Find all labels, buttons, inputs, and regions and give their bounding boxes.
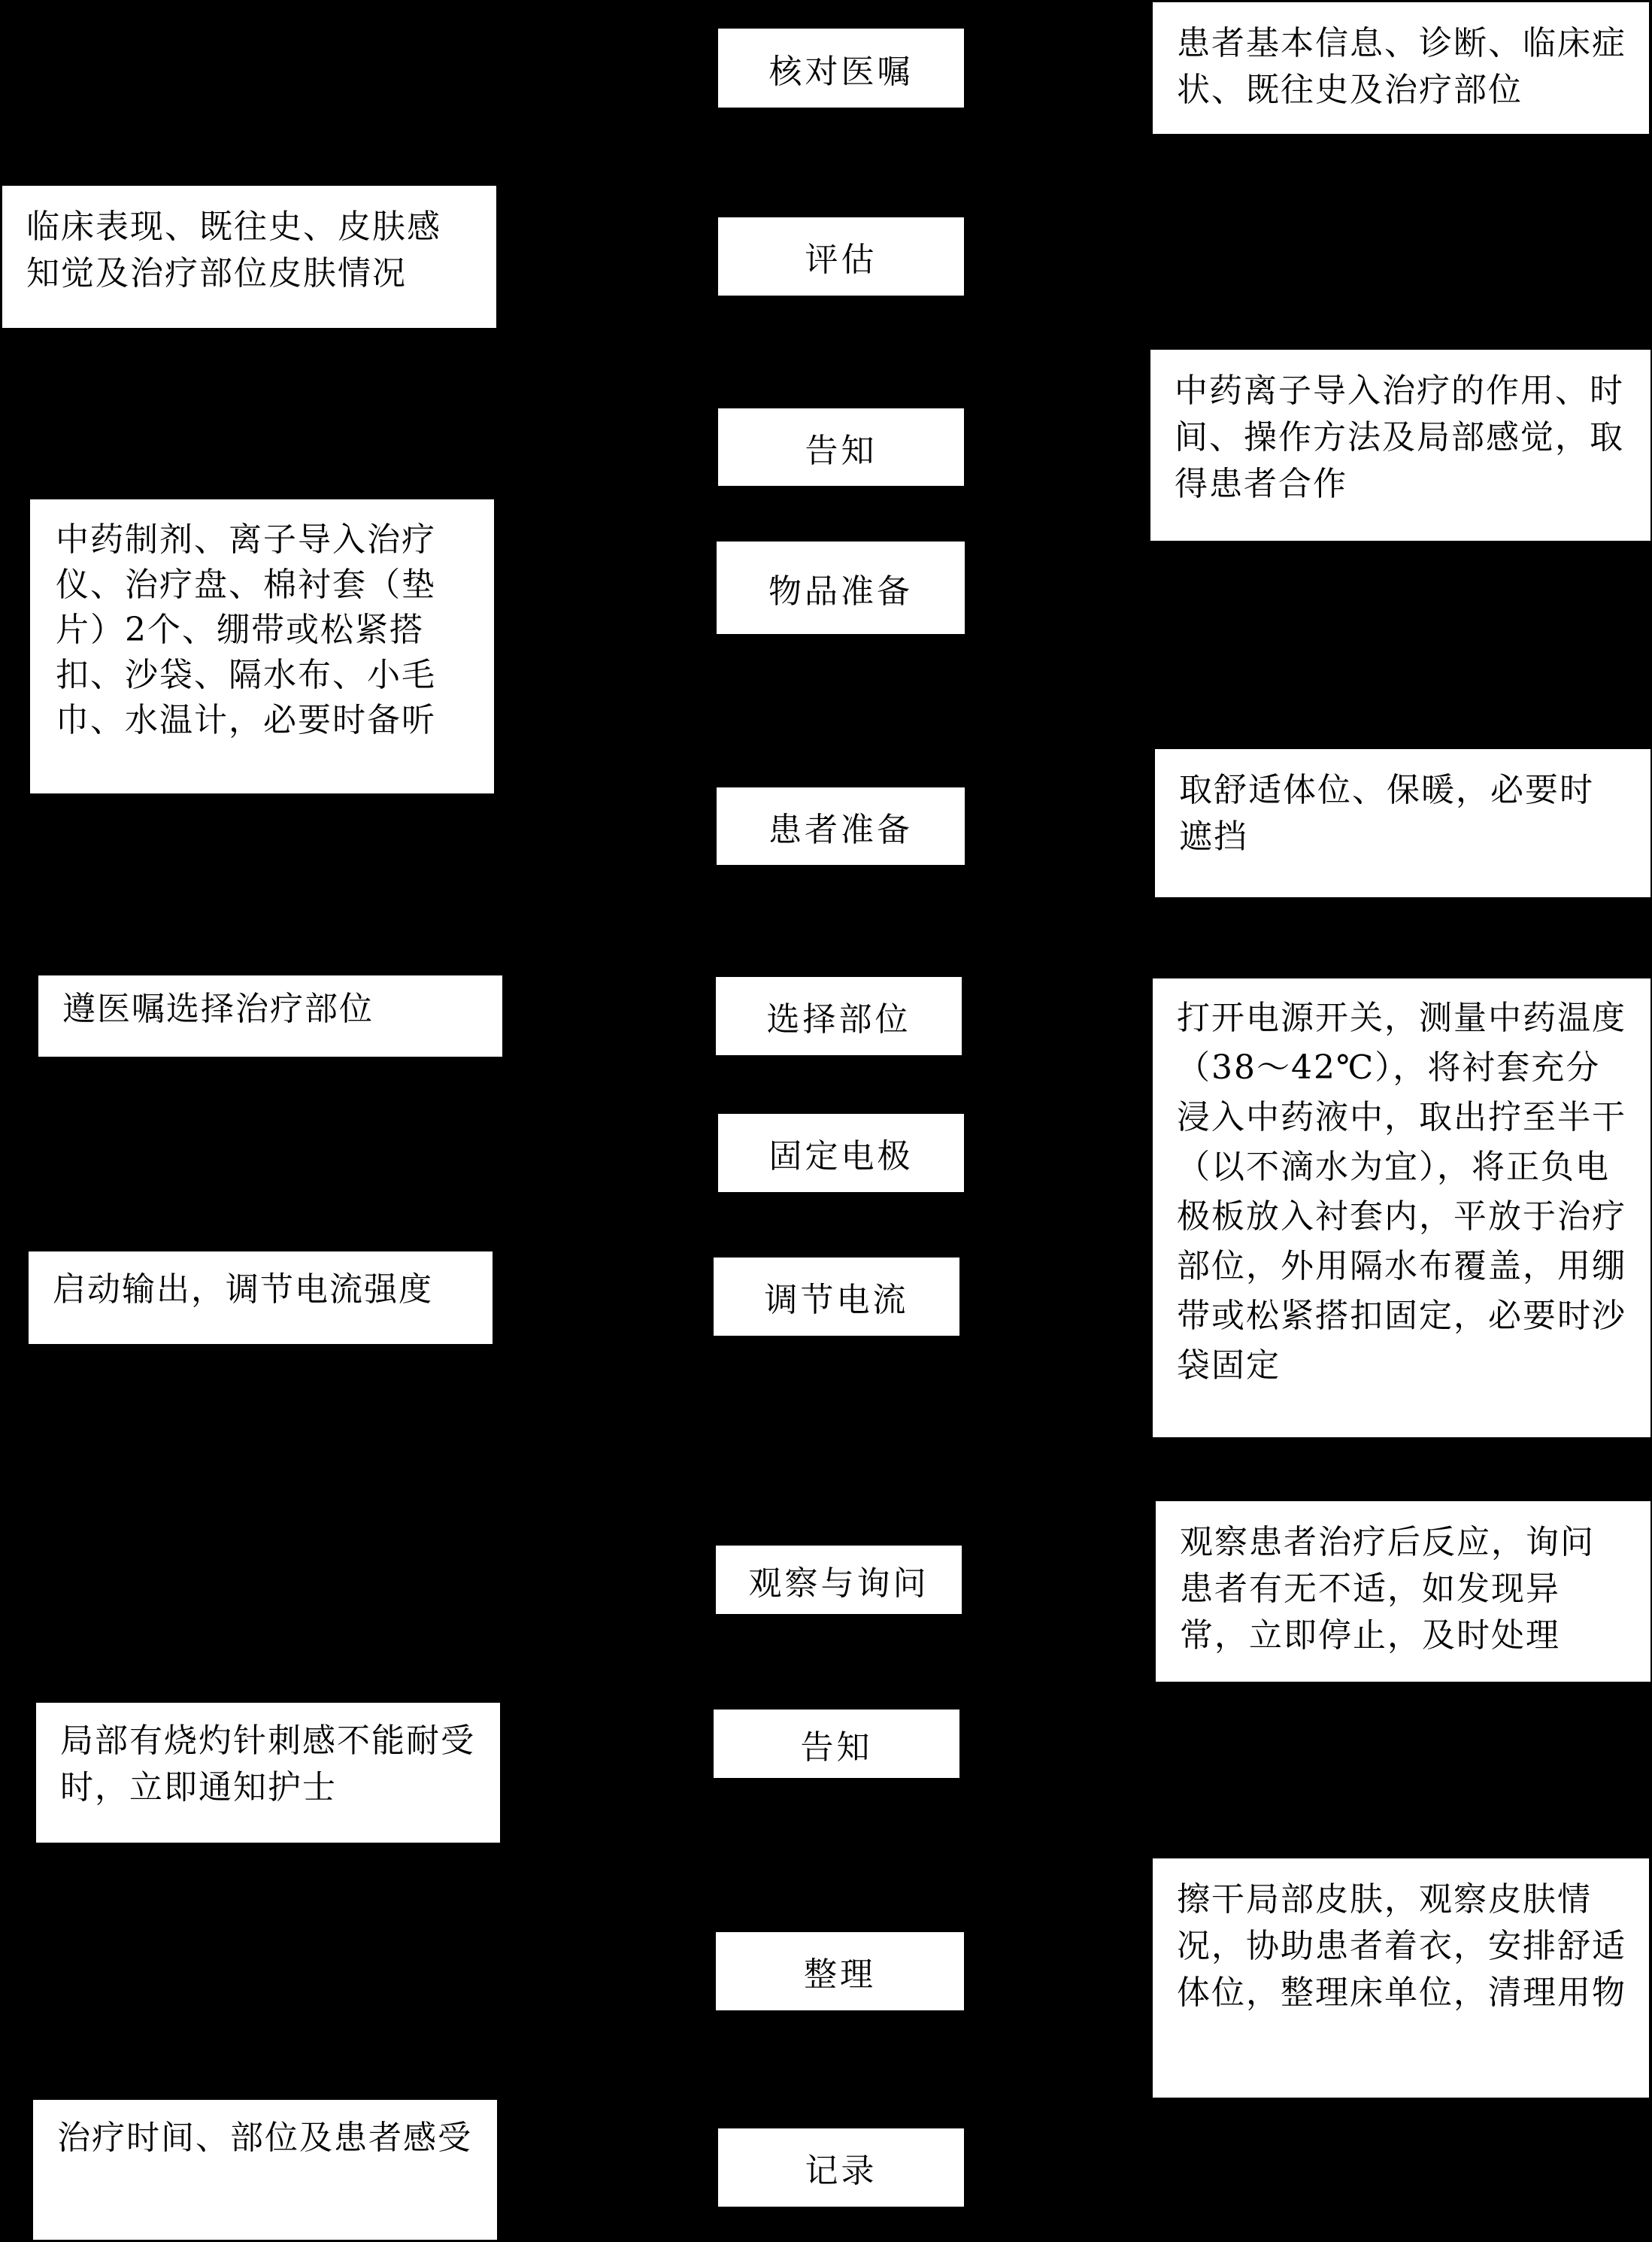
- step-tidy-up: 整理: [716, 1932, 964, 2010]
- note-inform-details: 中药离子导入治疗的作用、时间、操作方法及局部感觉，取得患者合作: [1150, 350, 1650, 541]
- step-label: 选择部位: [767, 992, 911, 1040]
- note-verify-order-details: 患者基本信息、诊断、临床症状、既往史及治疗部位: [1153, 2, 1649, 134]
- step-fix-electrode: 固定电极: [718, 1114, 964, 1192]
- step-label: 整理: [804, 1947, 876, 1995]
- step-label: 观察与询问: [749, 1556, 929, 1604]
- step-prepare-items: 物品准备: [717, 542, 965, 634]
- note-tidy-up-details: 擦干局部皮肤，观察皮肤情况，协助患者着衣，安排舒适体位，整理床单位，清理用物: [1153, 1858, 1649, 2098]
- note-adjust-current-details: 启动输出，调节电流强度: [29, 1251, 493, 1344]
- step-label: 调节电流: [765, 1273, 909, 1321]
- note-observe-details: 观察患者治疗后反应，询问患者有无不适，如发现异常，立即停止，及时处理: [1156, 1501, 1650, 1682]
- step-prepare-patient: 患者准备: [717, 787, 965, 865]
- note-fix-electrode-details: 打开电源开关，测量中药温度（38～42℃），将衬套充分浸入中药液中，取出拧至半干…: [1153, 978, 1650, 1437]
- step-label: 核对医嘱: [769, 44, 914, 93]
- step-inform: 告知: [718, 408, 964, 486]
- step-record: 记录: [718, 2128, 964, 2207]
- step-label: 记录: [805, 2143, 878, 2192]
- step-label: 评估: [805, 232, 878, 281]
- note-assess-details: 临床表现、既往史、皮肤感知觉及治疗部位皮肤情况: [2, 186, 496, 328]
- note-items-list: 中药制剂、离子导入治疗仪、治疗盘、棉衬套（垫片）2个、绷带或松紧搭扣、沙袋、隔水…: [30, 499, 494, 793]
- step-verify-order: 核对医嘱: [718, 29, 964, 108]
- note-inform-2-details: 局部有烧灼针刺感不能耐受时，立即通知护士: [36, 1703, 500, 1843]
- step-assess: 评估: [718, 217, 964, 296]
- step-adjust-current: 调节电流: [714, 1258, 959, 1336]
- step-label: 物品准备: [768, 564, 913, 612]
- step-inform-2: 告知: [714, 1710, 959, 1778]
- step-select-site: 选择部位: [716, 977, 962, 1055]
- note-record-details: 治疗时间、部位及患者感受: [33, 2100, 497, 2240]
- step-label: 告知: [805, 423, 878, 472]
- step-label: 告知: [801, 1720, 873, 1768]
- note-select-site-details: 遵医嘱选择治疗部位: [38, 975, 502, 1057]
- note-patient-prep-details: 取舒适体位、保暖，必要时遮挡: [1155, 749, 1650, 897]
- step-observe-inquire: 观察与询问: [716, 1546, 962, 1614]
- step-label: 患者准备: [768, 802, 913, 851]
- step-label: 固定电极: [769, 1129, 914, 1177]
